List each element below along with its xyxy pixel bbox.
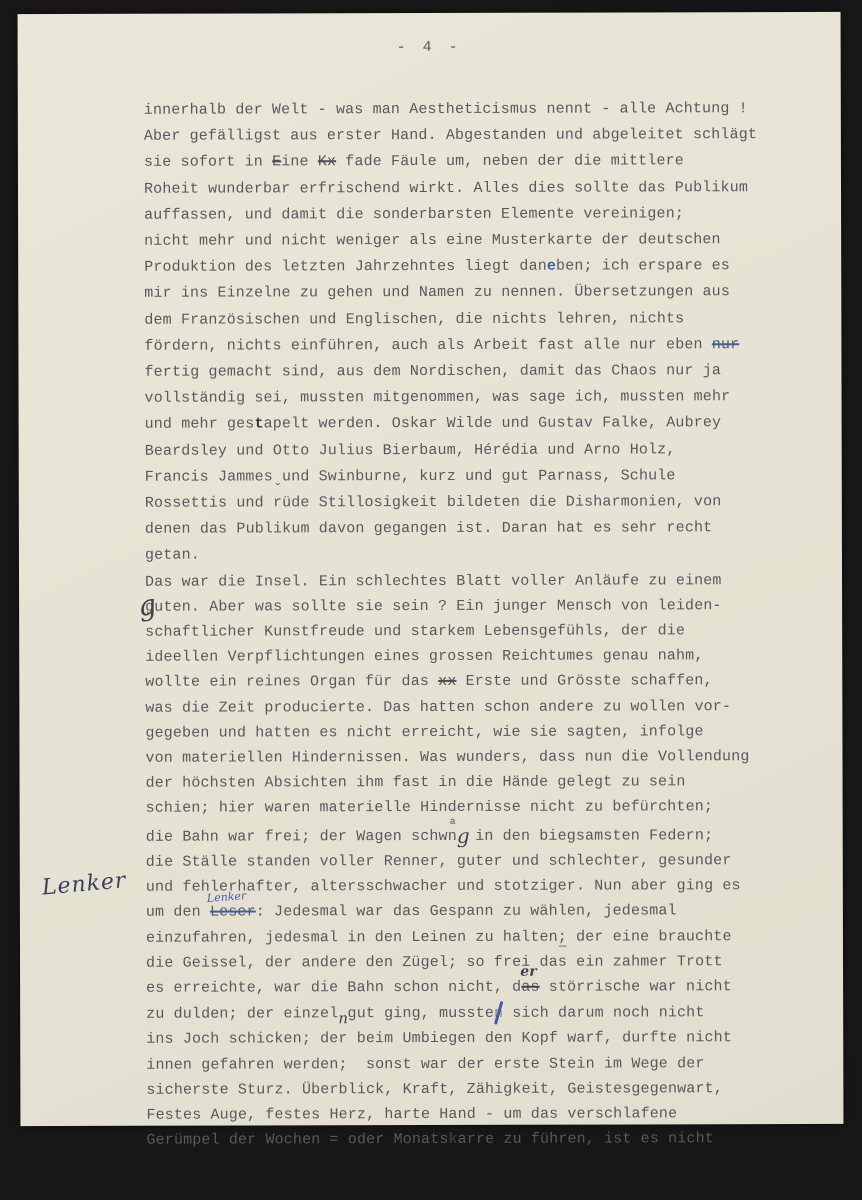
typed-line: einzufahren, jedesmal in den Leinen zu h… [146,924,806,951]
typed-text-segment: um den [146,904,210,921]
handwritten-annotation: a [450,818,456,828]
corrected-text: n [494,1005,503,1022]
typed-text: innerhalb der Welt - was man Aestheticis… [144,96,807,1153]
paragraph-2: Das war die Insel. Ein schlechtes Blatt … [145,568,807,1153]
typed-line: auffassen, und damit die sonderbarsten E… [144,201,804,229]
typed-text-segment: zu dulden; der einzel [146,1005,338,1023]
typed-line: fördern, nichts einführen, auch als Arbe… [144,332,804,360]
typed-text-segment: getan. [145,547,200,564]
document-page: - 4 - innerhalb der Welt - was man Aesth… [18,12,844,1126]
typed-line: ideellen Verpflichtungen eines grossen R… [145,643,805,670]
corrected-text: aser [521,979,539,996]
typed-line: Beardsley und Otto Julius Bierbaum, Héré… [145,437,805,465]
typed-text-segment: Aber gefälligst aus erster Hand. Abgesta… [144,126,757,145]
typed-text-segment: störrische war nicht [540,978,732,996]
typed-text-segment: fördern, nichts einführen, auch als Arbe… [144,336,711,354]
corrected-text: E [272,154,281,171]
typed-text-segment: einzufahren, jedesmal in den Leinen zu h… [146,928,732,947]
typed-text-segment: ideellen Verpflichtungen eines grossen R… [145,648,703,666]
typed-text-segment: ben; ich erspare es [556,257,730,274]
typed-text-segment: innen gefahren werden; sonst war der ers… [146,1055,704,1073]
typed-line: Festes Auge, festes Herz, harte Hand - u… [146,1101,806,1128]
paragraph-1: innerhalb der Welt - was man Aestheticis… [144,96,805,569]
corrected-text: Kx [318,154,336,171]
typed-text-segment: die Bahn war frei; der Wagen schw [146,828,448,846]
typed-line: fertig gemacht sind, aus dem Nordischen,… [144,358,804,386]
typed-line: innen gefahren werden; sonst war der ers… [146,1051,806,1078]
typed-line: Francis Jammes und Swinburne, kurz und g… [145,463,805,491]
typed-line: um den LeserLenker: Jedesmal war das Ges… [146,898,806,925]
typed-text-segment: es erreichte, war die Bahn schon nicht, … [146,979,521,997]
typed-text-segment: na [448,828,457,845]
typed-line: nicht mehr und nicht weniger als eine Mu… [144,227,804,255]
typed-text-segment: was die Zeit producierte. Das hatten sch… [145,698,731,717]
pen-overlay: g [136,590,159,621]
typed-text-segment: Das war die Insel. Ein schlechtes Blatt … [145,572,722,591]
typed-line: es erreichte, war die Bahn schon nicht, … [146,974,806,1001]
typed-text-segment: fade Fäule um, neben der die mittlere [336,153,684,171]
typed-text-segment: und mehr ges [145,416,255,433]
typed-line: die Geissel, der andere den Zügel; so fr… [146,949,806,976]
typed-text-segment: fertig gemacht sind, aus dem Nordischen,… [144,362,721,381]
typed-line: gguten. Aber was sollte sie sein ? Ein j… [145,593,805,620]
corrected-text: g [457,824,466,849]
typed-line: denen das Publikum davon gegangen ist. D… [145,515,805,543]
typed-line: schien; hier waren materielle Hinderniss… [146,795,806,822]
typed-line: dem Französischen und Englischen, die ni… [144,306,804,334]
typed-line: Produktion des letzten Jahrzehntes liegt… [144,253,804,281]
typed-text-segment: in den biegsamsten Federn; [466,827,713,845]
typed-text-segment: Rossettis und [145,494,273,511]
typed-line: Gerümpel der Wochen = oder Monatskarre z… [146,1126,806,1153]
typed-line: die Ställe standen voller Renner, guter … [146,848,806,875]
typed-text-segment: Francis Jammes und Swinburne, kurz und g… [145,467,676,485]
typed-text-segment: gegeben und hatten es nicht erreicht, wi… [145,723,703,741]
corrected-text: k [448,1131,457,1148]
typed-line: vollständig sei, mussten mitgenommen, wa… [145,384,805,412]
typed-text-segment: s‾ [558,953,567,970]
typed-text-segment: rˇ [273,494,282,511]
typed-line: Aber gefälligst aus erster Hand. Abgesta… [144,122,804,150]
corrected-text: n [338,1006,347,1031]
typed-text-segment: der höchsten Absichten ihm fast in die H… [146,774,686,792]
typed-line: und mehr gestapelt werden. Oskar Wilde u… [145,410,805,438]
photo-background: { "colors": { "background": "#171717", "… [0,0,862,1200]
typed-text-segment: apelt werden. Oskar Wilde und Gustav Fal… [264,415,722,433]
typed-text-segment: die Ställe standen voller Renner, guter … [146,852,732,871]
typed-line: die Bahn war frei; der Wagen schwnag in … [146,820,806,850]
typed-text-segment: innerhalb der Welt - was man Aestheticis… [144,100,748,119]
typed-text-segment: schaftlicher Kunstfreude und starkem Leb… [145,622,685,640]
typed-text-segment: ein zahmer Trott [567,953,723,970]
typed-line: Roheit wunderbar erfrischend wirkt. Alle… [144,175,804,203]
typed-text-segment: uten. Aber was sollte sie sein ? Ein jun… [154,597,721,615]
typed-text-segment: ins Joch schicken; der beim Umbiegen den… [146,1030,732,1049]
typed-text-segment: Erste und Grösste schaffen, [456,673,712,691]
typed-line: sie sofort in Eine Kx fade Fäule um, neb… [144,148,804,176]
typed-line: Rossettis und rˇüde Stillosigkeit bildet… [145,489,805,517]
typed-line: der höchsten Absichten ihm fast in die H… [146,769,806,796]
typed-text-segment: schien; hier waren materielle Hinderniss… [146,799,713,817]
typed-text-segment: gg [145,599,154,616]
typed-line: ins Joch schicken; der beim Umbiegen den… [146,1025,806,1052]
corrected-text: nur [712,336,740,353]
typed-text-segment: ine [281,154,318,171]
typed-line: getan. [145,541,805,569]
typed-text-segment: Beardsley und Otto Julius Bierbaum, Héré… [145,441,676,459]
page-number: - 4 - [18,38,841,57]
handwritten-annotation: Lenker [207,890,247,904]
typed-text-segment: von materiellen Hindernissen. Was wunder… [145,748,749,767]
typed-text-segment: denen das Publikum davon gegangen ist. D… [145,520,712,538]
typed-line: innerhalb der Welt - was man Aestheticis… [144,96,804,124]
typed-line: zu dulden; der einzelngut ging, mussten … [146,999,806,1027]
typed-line: mir ins Einzelne zu gehen und Namen zu n… [144,279,804,307]
typed-text-segment: üde Stillosigkeit bildeten die Disharmon… [282,493,721,511]
typed-text-segment: Produktion des letzten Jahrzehntes liegt… [144,258,547,276]
typed-text-segment: sicherste Sturz. Überblick, Kraft, Zähig… [146,1080,723,1099]
corrected-text: xx [438,673,456,690]
margin-note-lenker: Lenker [41,868,128,900]
corrected-text: e [547,258,556,275]
typed-line: schaftlicher Kunstfreude und starkem Leb… [145,618,805,645]
typed-text-segment: : Jedesmal war das Gespann zu wählen, je… [256,903,677,921]
typed-text-segment: vollständig sei, mussten mitgenommen, wa… [145,388,731,407]
typed-line: gegeben und hatten es nicht erreicht, wi… [145,719,805,746]
handwritten-annotation: er [520,965,536,979]
handwritten-annotation: ˇ [274,482,282,495]
typed-text-segment: gut ging, musste [348,1005,494,1022]
typed-line: sicherste Sturz. Überblick, Kraft, Zähig… [146,1076,806,1103]
typed-text-segment: auffassen, und damit die sonderbarsten E… [144,205,684,223]
typed-line: was die Zeit producierte. Das hatten sch… [145,694,805,721]
typed-line: wollte ein reines Organ für das xx Erste… [145,668,805,695]
typed-text-segment: sie sofort in [144,154,272,171]
corrected-text: t [254,416,263,433]
typed-text-segment: nicht mehr und nicht weniger als eine Mu… [144,231,721,250]
typed-text-segment: die Geissel, der andere den Zügel; so fr… [146,953,558,971]
typed-text-segment: Festes Auge, festes Herz, harte Hand - u… [146,1105,677,1123]
typed-text-segment: Gerümpel der Wochen = oder Monats [146,1131,448,1149]
typed-text-segment: wollte ein reines Organ für das [145,673,438,691]
typed-text-segment: Roheit wunderbar erfrischend wirkt. Alle… [144,179,748,198]
corrected-text: LeserLenker [210,904,256,921]
typed-text-segment: mir ins Einzelne zu gehen und Namen zu n… [144,284,730,303]
handwritten-annotation: ‾ [559,945,567,958]
typed-text-segment: sich darum noch nicht [503,1004,704,1022]
typed-text-segment: dem Französischen und Englischen, die ni… [144,310,684,328]
typed-line: von materiellen Hindernissen. Was wunder… [145,744,805,771]
typed-line: Das war die Insel. Ein schlechtes Blatt … [145,568,805,595]
typed-text-segment: arre zu führen, ist es nicht [458,1130,714,1148]
